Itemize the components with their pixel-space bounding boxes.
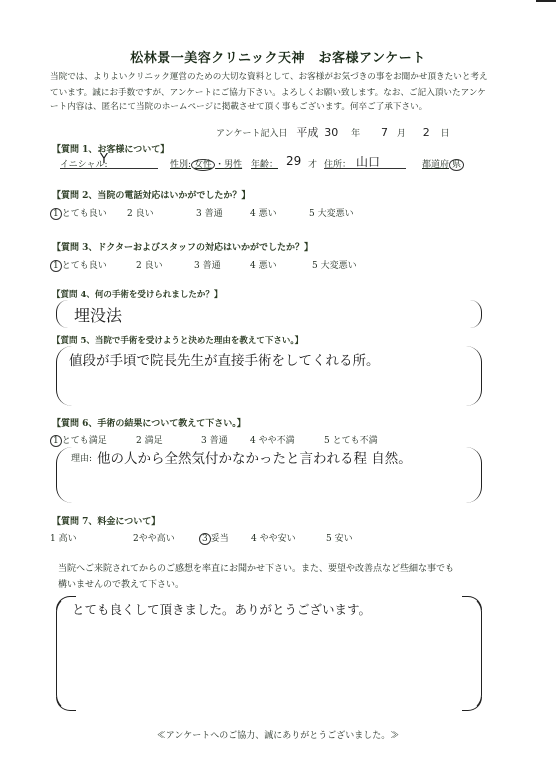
gender-label: 性別: <box>170 160 191 170</box>
q3-option-4[interactable]: 4 悪い <box>250 258 277 271</box>
age-field[interactable]: 29 <box>286 154 301 168</box>
intro-text: 当院では、よりよいクリニック運営のための大切な資料として、お客様がお気づきの事を… <box>50 69 512 113</box>
gender-separator: ・ <box>215 160 224 170</box>
q7-option-4[interactable]: 4 やや安い <box>251 531 296 544</box>
intro-line: ート内容は、匿名にて当院のホームページに掲載させて頂く事もございます。何卒ご了承… <box>50 101 512 113</box>
page-title: 松林景一美容クリニック天神 お客様アンケート <box>0 47 556 66</box>
q1-heading: 【質問 1、お客様について】 <box>52 142 169 155</box>
entry-date-era[interactable]: 平成 <box>296 126 318 139</box>
comments-prompt: 当院へご来院されてからのご感想を率直にお聞かせ下さい。また、要望や改善点など些細… <box>58 561 508 593</box>
q7-option-3[interactable]: 3妥当 <box>199 531 229 545</box>
q3-option-1[interactable]: 1とても良い <box>50 258 107 272</box>
q6-reason-label: 理由: <box>71 451 92 464</box>
comments-box-corner-tr <box>462 596 482 610</box>
intro-line: ています。誠にお手数ですが、アンケートにご協力下さい。よろしくお願い致します。な… <box>50 85 512 101</box>
q6-option-2[interactable]: 2 満足 <box>136 433 163 446</box>
q2-options: 1とても良い 2 良い 3 普通 4 悪い 5 大変悪い <box>50 206 510 220</box>
q1-fields: イニシャル: Y 性別:女性・男性 年齢： 29 才 住所： 山口 都道府県 <box>60 157 500 173</box>
q4-answer-box[interactable]: 埋没法 <box>56 300 482 328</box>
initial-underline <box>60 168 158 169</box>
entry-date-day-unit: 日 <box>441 129 450 139</box>
q5-heading: 【質問 5、当院で手術を受けようと決めた理由を教えて下さい。】 <box>52 334 303 346</box>
scan-edge-mark <box>536 0 556 2</box>
entry-date-day[interactable]: 2 <box>423 126 430 139</box>
entry-date: アンケート記入日 平成 30 年 7 月 2 日 <box>216 124 450 140</box>
q6-option-5[interactable]: 5 とても不満 <box>324 433 378 446</box>
q2-option-4[interactable]: 4 悪い <box>250 206 277 219</box>
q3-option-3[interactable]: 3 普通 <box>194 258 221 271</box>
footer-thanks: ≪アンケートへのご協力、誠にありがとうございました。≫ <box>0 728 556 741</box>
prefecture-option-ken[interactable]: 県 <box>449 159 464 171</box>
q6-reason-box[interactable]: 理由: 他の人から全然気付かなかったと言われる程 自然。 <box>56 447 482 503</box>
q6-option-4[interactable]: 4 やや不満 <box>250 433 295 446</box>
age-label: 年齢： <box>251 157 278 170</box>
q6-reason-answer: 他の人から全然気付かなかったと言われる程 自然。 <box>97 447 412 467</box>
comments-answer: とても良くして頂きました。ありがとうございます。 <box>72 600 371 618</box>
q2-heading: 【質問 2、当院の電話対応はいかがでしたか？】 <box>52 188 250 201</box>
gender-option-male[interactable]: 男性 <box>224 160 242 170</box>
prefecture-prefix: 都道府 <box>422 160 449 170</box>
entry-date-month[interactable]: 7 <box>381 126 388 139</box>
comments-box-corner-bl <box>56 697 76 711</box>
age-unit: 才 <box>308 157 317 170</box>
q3-option-2[interactable]: 2 良い <box>136 258 163 271</box>
q6-options: 1とても満足 2 満足 3 普通 4 やや不満 5 とても不満 <box>50 433 510 447</box>
q2-option-5[interactable]: 5 大変悪い <box>309 206 354 219</box>
q2-option-2[interactable]: 2 良い <box>127 206 154 219</box>
q2-option-1[interactable]: 1とても良い <box>50 206 107 220</box>
q3-heading: 【質問 3、ドクターおよびスタッフの対応はいかがでしたか？】 <box>52 240 313 253</box>
q7-heading: 【質問 7、料金について】 <box>52 514 160 527</box>
entry-date-year[interactable]: 30 <box>324 126 338 139</box>
q2-option-3[interactable]: 3 普通 <box>196 206 223 219</box>
comments-prompt-line: 構いませんので教えて下さい。 <box>58 577 508 593</box>
intro-line: 当院では、よりよいクリニック運営のための大切な資料として、お客様がお気づきの事を… <box>50 69 512 85</box>
initial-field[interactable]: Y <box>100 152 108 167</box>
entry-date-year-unit: 年 <box>351 129 360 139</box>
q6-option-1[interactable]: 1とても満足 <box>50 433 107 447</box>
q3-option-5[interactable]: 5 大変悪い <box>312 258 357 271</box>
q5-answer: 値段が手頃で院長先生が直接手術をしてくれる所。 <box>69 349 380 369</box>
q6-option-3[interactable]: 3 普通 <box>201 433 228 446</box>
q7-options: 1 高い 2やや高い 3妥当 4 やや安い 5 安い <box>50 531 510 545</box>
entry-date-month-unit: 月 <box>397 129 406 139</box>
comments-answer-box[interactable]: とても良くして頂きました。ありがとうございます。 <box>56 596 482 711</box>
q7-option-5[interactable]: 5 安い <box>326 531 353 544</box>
gender-field[interactable]: 性別:女性・男性 <box>170 157 242 171</box>
q6-heading: 【質問 6、手術の結果について教えて下さい。】 <box>52 416 246 429</box>
q4-heading: 【質問 4、何の手術を受けられましたか？】 <box>52 288 222 300</box>
gender-option-female[interactable]: 女性 <box>191 159 215 171</box>
comments-prompt-line: 当院へご来院されてからのご感想を率直にお聞かせ下さい。また、要望や改善点など些細… <box>58 561 508 577</box>
q5-answer-box[interactable]: 値段が手頃で院長先生が直接手術をしてくれる所。 <box>56 346 482 406</box>
q7-option-1[interactable]: 1 高い <box>50 531 77 544</box>
q7-option-2[interactable]: 2やや高い <box>133 531 175 544</box>
comments-box-corner-br <box>462 697 482 711</box>
entry-date-label: アンケート記入日 <box>216 129 287 139</box>
q3-options: 1とても良い 2 良い 3 普通 4 悪い 5 大変悪い <box>50 258 510 272</box>
q4-answer: 埋没法 <box>74 303 122 326</box>
address-underline <box>324 168 406 169</box>
prefecture-field[interactable]: 都道府県 <box>422 157 464 171</box>
